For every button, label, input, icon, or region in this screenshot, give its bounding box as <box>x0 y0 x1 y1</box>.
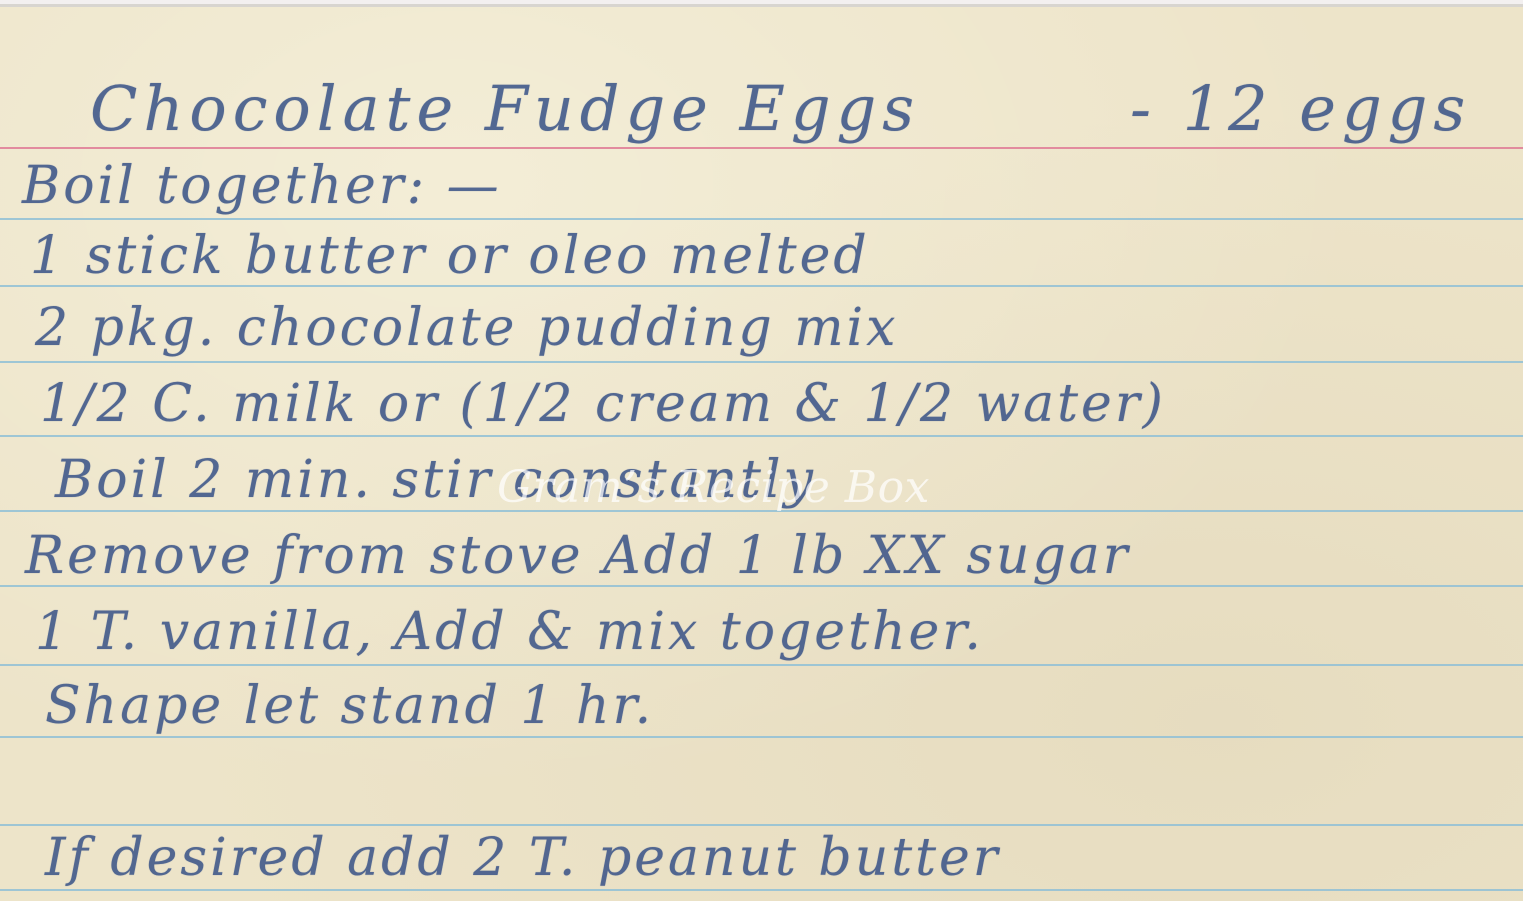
recipe-title: Chocolate Fudge Eggs <box>90 72 920 145</box>
recipe-line-peanut-butter: If desired add 2 T. peanut butter <box>45 828 1001 888</box>
recipe-line-boil-together: Boil together: — <box>22 156 502 216</box>
recipe-card: Chocolate Fudge Eggs - 12 eggs Boil toge… <box>0 4 1523 901</box>
recipe-line-milk: 1/2 C. milk or (1/2 cream & 1/2 water) <box>40 374 1166 434</box>
ruled-line <box>0 361 1523 363</box>
ruled-line <box>0 218 1523 220</box>
recipe-line-butter: 1 stick butter or oleo melted <box>30 226 870 286</box>
ruled-line <box>0 736 1523 738</box>
recipe-line-remove-add-sugar: Remove from stove Add 1 lb XX sugar <box>25 526 1131 586</box>
ruled-line <box>0 435 1523 437</box>
watermark-text: Gram’s Recipe Box <box>497 462 930 513</box>
recipe-line-pudding: 2 pkg. chocolate pudding mix <box>35 298 899 358</box>
ruled-line <box>0 664 1523 666</box>
ruled-line <box>0 824 1523 826</box>
header-rule-red <box>0 147 1523 149</box>
recipe-yield: - 12 eggs <box>1130 72 1471 145</box>
recipe-line-vanilla: 1 T. vanilla, Add & mix together. <box>35 602 984 662</box>
ruled-line <box>0 889 1523 891</box>
recipe-line-shape: Shape let stand 1 hr. <box>45 676 654 736</box>
